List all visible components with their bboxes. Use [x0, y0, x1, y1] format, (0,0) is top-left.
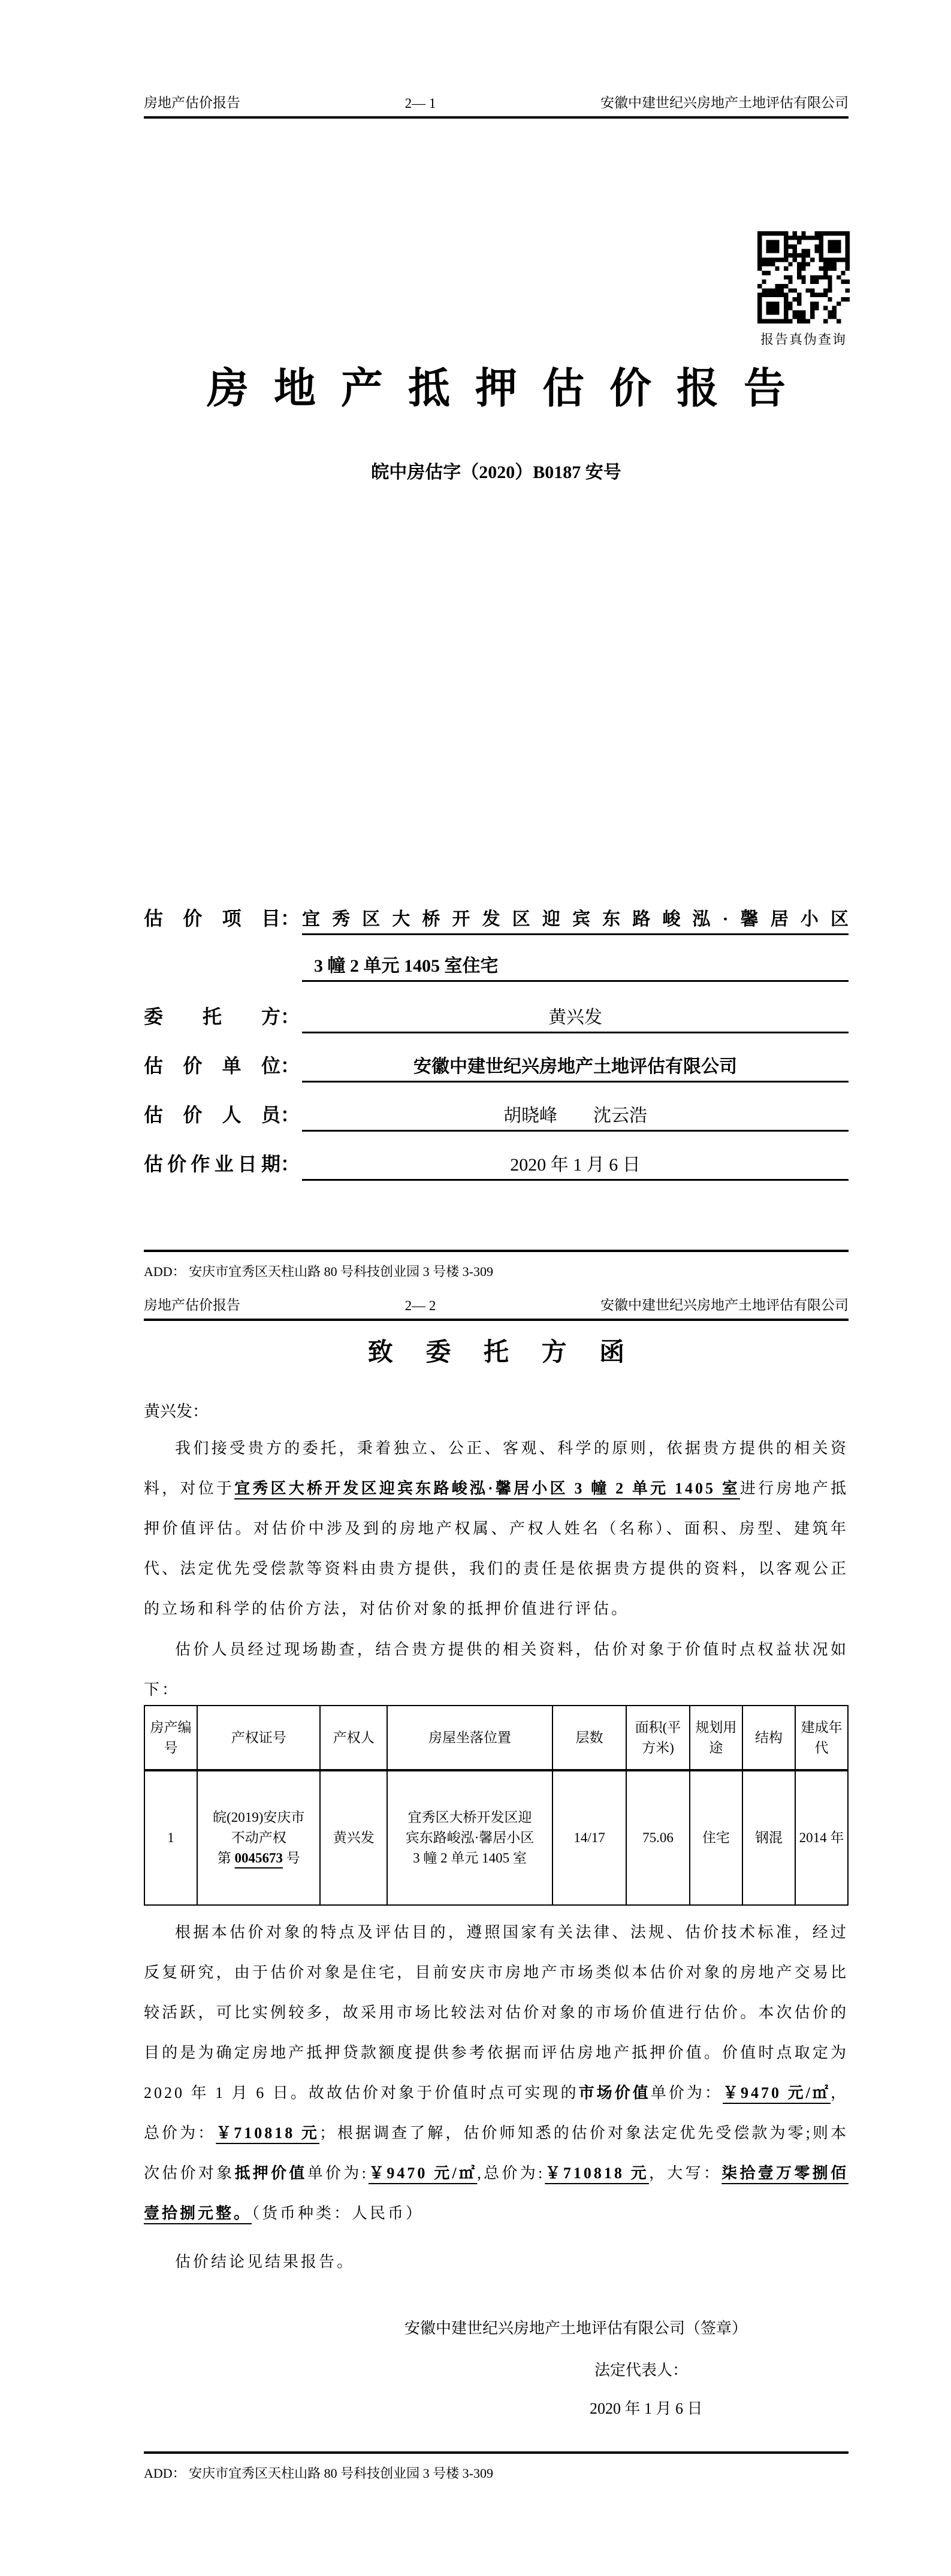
running-header-company: 安徽中建世纪兴房地产土地评估有限公司 — [600, 92, 849, 111]
col-header-property-no: 房产编号 — [144, 1706, 197, 1770]
form-colon: ： — [280, 903, 302, 931]
cell-planned-use: 住宅 — [690, 1770, 742, 1905]
letter-paragraph-2: 估价人员经过现场勘查，结合贵方提供的相关资料，估价对象于价值时点权益状况如下： — [144, 1629, 849, 1710]
form-value-project: 宜秀区大桥开发区迎宾东路峻泓·馨居小区 — [302, 906, 849, 935]
property-rights-table: 房产编号 产权证号 产权人 房屋坐落位置 层数 面积(平方米) 规划用途 结构 … — [144, 1705, 849, 1906]
cell-structure: 钢混 — [742, 1770, 795, 1905]
letter-paragraph-1: 我们接受贵方的委托，秉着独立、公正、客观、科学的原则，依据贵方提供的相关资料，对… — [144, 1428, 849, 1629]
cell-area: 75.06 — [626, 1770, 690, 1905]
form-label-project: 估 价 项 目 — [144, 903, 280, 931]
page2-footer: ADD： 安庆市宜秀区天柱山路 80 号科技创业园 3 号楼 3-309 — [144, 2451, 849, 2482]
form-row-agency: 估 价 单 位 ： 安徽中建世纪兴房地产土地评估有限公司 — [144, 1051, 849, 1081]
page1-footer: ADD： 安庆市宜秀区天柱山路 80 号科技创业园 3 号楼 3-309 — [144, 1250, 849, 1280]
form-row-client: 委 托 方 ： 黄兴发 — [144, 1002, 849, 1032]
running-header-page-number: 2— 2 — [405, 1298, 436, 1314]
footer-address: ADD： 安庆市宜秀区天柱山路 80 号科技创业园 3 号楼 3-309 — [144, 2466, 493, 2481]
table-header-row: 房产编号 产权证号 产权人 房屋坐落位置 层数 面积(平方米) 规划用途 结构 … — [144, 1706, 848, 1770]
signature-legal-representative: 法定代表人： — [594, 2358, 688, 2380]
cell-property-no: 1 — [144, 1770, 197, 1905]
form-label-agency: 估 价 单 位 — [144, 1051, 280, 1078]
col-header-structure: 结构 — [742, 1706, 795, 1770]
form-label-appraisers: 估 价 人 员 — [144, 1100, 280, 1127]
col-header-floors: 层数 — [553, 1706, 626, 1770]
letter-paragraph-3: 根据本估价对象的特点及评估目的，遵照国家有关法律、法规、估价技术标准，经过反复研… — [144, 1912, 849, 2233]
col-header-area: 面积(平方米) — [626, 1706, 690, 1770]
form-row-appraisers: 估 价 人 员 ： 胡晓峰 沈云浩 — [144, 1100, 849, 1130]
report-verification-qr: 报告真伪查询 — [757, 231, 850, 348]
document-page: 房地产估价报告 2— 1 安徽中建世纪兴房地产土地评估有限公司 报告真伪查询 房… — [0, 0, 951, 2576]
form-value-agency: 安徽中建世纪兴房地产土地评估有限公司 — [302, 1053, 849, 1083]
signature-company: 安徽中建世纪兴房地产土地评估有限公司（签章） — [404, 2316, 747, 2338]
form-row-date: 估价作业日期 ： 2020 年 1 月 6 日 — [144, 1149, 849, 1179]
table-row: 1 皖(2019)安庆市不动产权第 0045673 号 黄兴发 宜秀区大桥开发区… — [144, 1770, 848, 1905]
letter-paragraph-4: 估价结论见结果报告。 — [144, 2242, 849, 2282]
cell-cert-no: 皖(2019)安庆市不动产权第 0045673 号 — [197, 1770, 320, 1905]
form-value-date: 2020 年 1 月 6 日 — [302, 1151, 849, 1181]
form-label-date: 估价作业日期 — [144, 1149, 280, 1177]
col-header-cert-no: 产权证号 — [197, 1706, 320, 1770]
letter-salutation: 黄兴发： — [144, 1398, 209, 1422]
col-header-owner: 产权人 — [320, 1706, 387, 1770]
report-title: 房地产抵押估价报告 — [144, 355, 849, 415]
form-value-client: 黄兴发 — [302, 1004, 849, 1033]
letter-title: 致委托方函 — [144, 1332, 849, 1368]
form-label-client: 委 托 方 — [144, 1002, 280, 1029]
cell-year-built: 2014 年 — [795, 1770, 848, 1905]
running-header-company: 安徽中建世纪兴房地产土地评估有限公司 — [600, 1294, 849, 1314]
page2-running-header: 房地产估价报告 2— 2 安徽中建世纪兴房地产土地评估有限公司 — [144, 1280, 849, 1321]
running-header-doc-type: 房地产估价报告 — [144, 92, 240, 111]
qr-caption: 报告真伪查询 — [757, 329, 850, 348]
form-row-project-line2: 3 幢 2 单元 1405 室住宅 — [144, 953, 849, 982]
cell-location: 宜秀区大桥开发区迎宾东路峻泓·馨居小区3 幢 2 单元 1405 室 — [387, 1770, 553, 1905]
form-value-appraisers: 胡晓峰 沈云浩 — [302, 1102, 849, 1132]
cell-floors: 14/17 — [553, 1770, 626, 1905]
signature-date: 2020 年 1 月 6 日 — [590, 2396, 703, 2418]
running-header-page-number: 2— 1 — [405, 96, 436, 111]
report-number: 皖中房估字（2020）B0187 安号 — [144, 457, 849, 483]
col-header-year-built: 建成年代 — [795, 1706, 848, 1770]
page1-running-header: 房地产估价报告 2— 1 安徽中建世纪兴房地产土地评估有限公司 — [144, 78, 849, 119]
form-row-project: 估 价 项 目 ： 宜秀区大桥开发区迎宾东路峻泓·馨居小区 — [144, 903, 849, 933]
col-header-planned-use: 规划用途 — [690, 1706, 742, 1770]
form-value-project-line2: 3 幢 2 单元 1405 室住宅 — [302, 953, 849, 982]
footer-address: ADD： 安庆市宜秀区天柱山路 80 号科技创业园 3 号楼 3-309 — [144, 1264, 493, 1279]
running-header-doc-type: 房地产估价报告 — [144, 1294, 240, 1314]
cell-owner: 黄兴发 — [320, 1770, 387, 1905]
col-header-location: 房屋坐落位置 — [387, 1706, 553, 1770]
qr-code-icon — [757, 231, 850, 323]
